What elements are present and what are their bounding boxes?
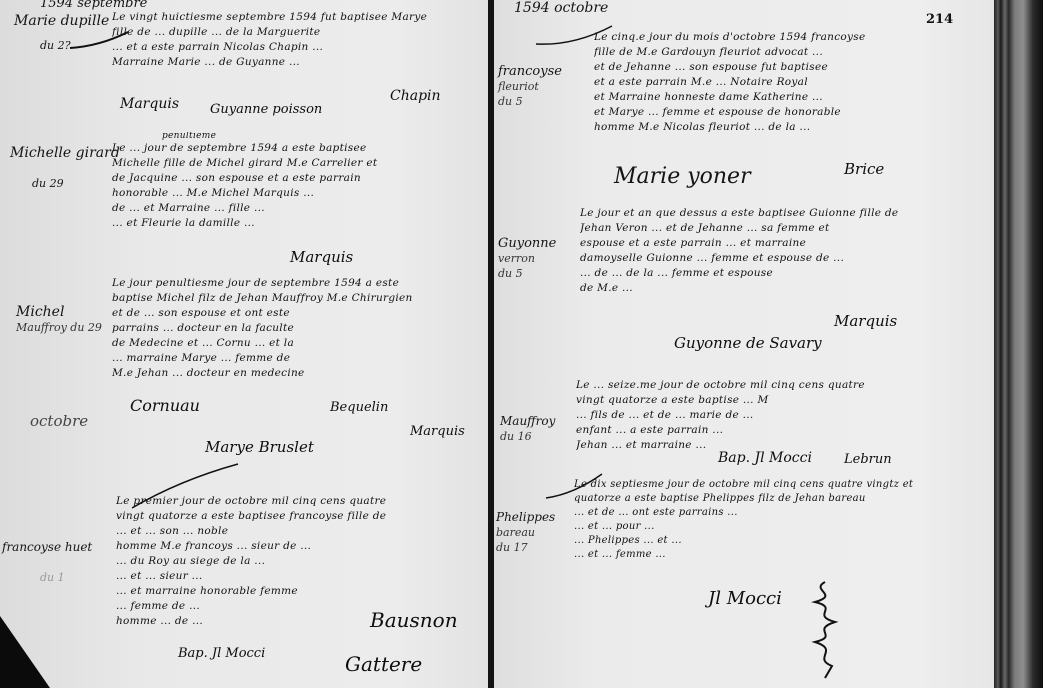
signature: Guyonne de Savary bbox=[674, 334, 822, 352]
baptism-entry: Le cinq.e jour du mois d'octobre 1594 fr… bbox=[594, 30, 974, 135]
signature: Lebrun bbox=[844, 452, 892, 467]
signature: Bap. Jl Mocci bbox=[178, 646, 265, 661]
entry-title-name: Marie yoner bbox=[614, 164, 751, 189]
signature: Marye Bruslet bbox=[205, 438, 314, 456]
margin-date: du 29 bbox=[32, 176, 64, 191]
right-page: 1594 octobre 214 francoysefleuriotdu 5 L… bbox=[494, 0, 994, 688]
signature: Marquis bbox=[120, 96, 179, 112]
signature: Marquis bbox=[290, 248, 353, 266]
signature: Brice bbox=[844, 160, 884, 178]
signature: Chapin bbox=[390, 88, 441, 104]
margin-date: du 2? bbox=[40, 38, 71, 53]
margin-name: Mauffroydu 16 bbox=[500, 414, 555, 444]
margin-name: Guyonneverrondu 5 bbox=[498, 236, 556, 281]
signature: Jl Mocci bbox=[708, 588, 782, 609]
baptism-entry: Le jour et an que dessus a este baptisee… bbox=[580, 206, 980, 296]
page-edges-binding bbox=[994, 0, 1043, 688]
scan-shadow-corner bbox=[0, 616, 50, 688]
baptism-entry: Le dix septiesme jour de octobre mil cin… bbox=[574, 478, 974, 562]
signature: Marquis bbox=[834, 312, 897, 330]
margin-name: francoyse huet bbox=[2, 540, 92, 555]
baptism-entry: Le ... seize.me jour de octobre mil cinq… bbox=[576, 378, 976, 453]
right-page-header: 1594 octobre bbox=[514, 0, 608, 16]
page-number: 214 bbox=[926, 12, 953, 27]
margin-name: francoysefleuriotdu 5 bbox=[498, 64, 562, 109]
paraph-flourish-icon bbox=[810, 580, 840, 680]
register-spread: 1594 septembre Marie dupille du 2? Le vi… bbox=[0, 0, 1043, 688]
margin-date: du 1 bbox=[40, 570, 65, 585]
signature: Marquis bbox=[410, 424, 465, 439]
margin-name: Marie dupille bbox=[14, 14, 109, 29]
margin-name: Phelippesbareaudu 17 bbox=[496, 510, 555, 555]
signature: Cornuau bbox=[130, 396, 200, 415]
baptism-entry: penultieme Le ... jour de septembre 1594… bbox=[112, 132, 482, 231]
signature: Bausnon bbox=[370, 608, 458, 632]
baptism-entry: Le vingt huictiesme septembre 1594 fut b… bbox=[112, 10, 482, 70]
signature: Bequelin bbox=[330, 400, 388, 415]
baptism-entry: Le jour penultiesme jour de septembre 15… bbox=[112, 276, 482, 381]
signature: Gattere bbox=[345, 652, 422, 676]
left-page: 1594 septembre Marie dupille du 2? Le vi… bbox=[0, 0, 490, 688]
month-note: octobre bbox=[30, 412, 88, 430]
signature: Guyanne poisson bbox=[210, 102, 322, 117]
signature: Bap. Jl Mocci bbox=[718, 450, 812, 466]
margin-name: Michelle girard bbox=[10, 146, 120, 161]
margin-name: MichelMauffroy du 29 bbox=[16, 305, 102, 335]
